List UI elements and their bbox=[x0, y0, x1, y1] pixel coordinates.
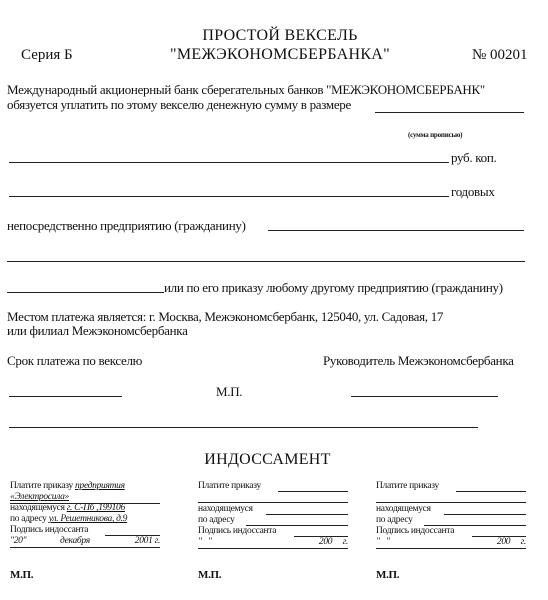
located-label: находящемуся bbox=[376, 504, 431, 514]
amount-caption: (сумма прописью) bbox=[408, 131, 462, 139]
order-field[interactable] bbox=[7, 292, 164, 293]
date-day[interactable]: " " bbox=[376, 537, 390, 548]
amount-field-start[interactable] bbox=[375, 112, 524, 113]
seal-mark: М.П. bbox=[216, 384, 242, 399]
place-of-payment-line2: или филиал Межэкономсбербанка bbox=[7, 323, 188, 338]
document-title: ПРОСТОЙ ВЕКСЕЛЬ bbox=[0, 27, 548, 45]
bank-head-label: Руководитель Межэкономсбербанка bbox=[323, 353, 514, 368]
place-of-payment-line1: Местом платежа является: г. Москва, Межэ… bbox=[7, 309, 443, 324]
located-value[interactable]: г. С-Пб ,199106 bbox=[67, 503, 125, 513]
located-label: находящемуся bbox=[198, 504, 253, 514]
pay-to-label: Платите приказу bbox=[198, 481, 261, 491]
pay-to-value[interactable]: предприятия bbox=[75, 481, 125, 491]
signature-label: Подпись индоссанта bbox=[10, 525, 88, 535]
bank-head-signature-field[interactable] bbox=[351, 396, 498, 397]
payee-label: непосредственно предприятию (гражданину) bbox=[7, 218, 246, 233]
date-year[interactable]: 2001 г. bbox=[135, 536, 160, 547]
address-label: по адресу bbox=[376, 515, 413, 525]
date-year[interactable]: 200 г. bbox=[497, 537, 526, 548]
payment-term-field[interactable] bbox=[9, 396, 122, 397]
endorsement-seal-1: М.П. bbox=[10, 569, 33, 581]
pay-to-value-continued[interactable]: «Электросила» bbox=[10, 492, 69, 502]
endorsement-block-3: Платите приказу находящемуся по адресу П… bbox=[376, 481, 526, 556]
endorsement-block-1: Платите приказу предприятия «Электросила… bbox=[10, 481, 160, 556]
interest-suffix: годовых bbox=[451, 184, 495, 199]
date-year[interactable]: 200 г. bbox=[319, 537, 348, 548]
date-day[interactable]: "20" bbox=[10, 536, 26, 547]
endorsement-seal-3: М.П. bbox=[376, 569, 399, 581]
pay-to-field[interactable] bbox=[456, 491, 526, 492]
address-label: по адресу bbox=[10, 514, 47, 524]
currency-suffix: руб. коп. bbox=[451, 150, 496, 165]
obligation-text-line2: обязуется уплатить по этому векселю дене… bbox=[7, 97, 351, 112]
bank-name: "МЕЖЭКОНОМСБЕРБАНКА" bbox=[0, 46, 548, 64]
endorsement-block-2: Платите приказу находящемуся по адресу П… bbox=[198, 481, 348, 556]
pay-to-field[interactable] bbox=[278, 491, 348, 492]
address-label: по адресу bbox=[198, 515, 235, 525]
signature-label: Подпись индоссанта bbox=[376, 526, 454, 536]
payee-field-continued[interactable] bbox=[7, 261, 525, 262]
pay-to-label: Платите приказу bbox=[10, 481, 73, 491]
obligation-text-line1: Международный акционерный банк сберегате… bbox=[7, 82, 485, 97]
pay-to-field-continued[interactable] bbox=[376, 502, 526, 503]
note-number: № 00201 bbox=[472, 47, 528, 64]
order-text: или по его приказу любому другому предпр… bbox=[164, 280, 503, 295]
located-label: находящемуся bbox=[10, 503, 65, 513]
payment-term-label: Срок платежа по векселю bbox=[7, 353, 142, 368]
date-day[interactable]: " " bbox=[198, 537, 212, 548]
pay-to-label: Платите приказу bbox=[376, 481, 439, 491]
interest-field[interactable] bbox=[9, 196, 449, 197]
amount-field[interactable] bbox=[9, 162, 449, 163]
extra-field[interactable] bbox=[9, 427, 478, 428]
address-value[interactable]: ул. Решетникова, д.9 bbox=[49, 514, 127, 524]
date-month[interactable]: декабря bbox=[60, 536, 90, 547]
pay-to-field-continued[interactable] bbox=[198, 502, 348, 503]
signature-label: Подпись индоссанта bbox=[198, 526, 276, 536]
payee-field[interactable] bbox=[268, 230, 524, 231]
endorsement-title: ИНДОССАМЕНТ bbox=[0, 451, 535, 469]
endorsement-seal-2: М.П. bbox=[198, 569, 221, 581]
